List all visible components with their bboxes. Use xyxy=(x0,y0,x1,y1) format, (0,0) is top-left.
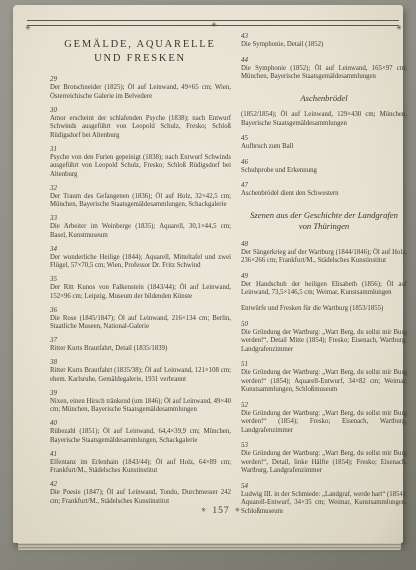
entry-number: 33 xyxy=(50,214,231,222)
entry-number: 45 xyxy=(241,134,407,142)
entry-text: Elfentanz im Erlenhain (1843/44); Öl auf… xyxy=(50,459,231,476)
catalog-entry-51: 51 Die Gründung der Wartburg: „Wart Berg… xyxy=(241,360,407,395)
catalog-entry-43: 43 Die Symphonie, Detail (1852) xyxy=(241,32,407,50)
entry-text: Der Traum des Gefangenen (1836); Öl auf … xyxy=(50,193,231,210)
rule-star-center-icon: ✳ xyxy=(211,22,217,29)
entry-number: 46 xyxy=(241,158,407,166)
entry-number: 53 xyxy=(241,441,407,449)
catalog-entry-49: 49 Der Handschuh der heiligen Elisabeth … xyxy=(241,272,407,298)
book-page-edges xyxy=(18,543,401,550)
entry-text: Psyche von den Furien gepeinigt (1838); … xyxy=(50,154,231,180)
entry-text: Die Symphonie (1852); Öl auf Leinwand, 1… xyxy=(241,65,407,82)
entry-text: Aufbruch zum Ball xyxy=(241,143,407,152)
right-column: 43 Die Symphonie, Detail (1852) 44 Die S… xyxy=(241,32,407,522)
catalog-entry-33: 33 Die Arbeiter im Weinberge (1835); Aqu… xyxy=(50,214,231,240)
entry-text: Der Sängerkrieg auf der Wartburg (1844/1… xyxy=(241,249,407,266)
entry-number: 51 xyxy=(241,360,407,368)
catalog-entry-50: 50 Die Gründung der Wartburg: „Wart Berg… xyxy=(241,320,407,355)
entry-text: (1852/1854); Öl auf Leinwand, 129×430 cm… xyxy=(241,111,407,128)
catalog-entry-31: 31 Psyche von den Furien gepeinigt (1838… xyxy=(50,145,231,180)
catalog-entry-44: 44 Die Symphonie (1852); Öl auf Leinwand… xyxy=(241,56,407,82)
entry-number: 40 xyxy=(50,419,231,427)
catalog-entry-45: 45 Aufbruch zum Ball xyxy=(241,134,407,152)
entry-number: 32 xyxy=(50,184,231,192)
entry-number: 43 xyxy=(241,32,407,40)
entry-number: 44 xyxy=(241,56,407,64)
entry-number: 48 xyxy=(241,240,407,248)
entry-text: Die Gründung der Wartburg: „Wart Berg, d… xyxy=(241,450,407,476)
page-footer: ✳157✳ xyxy=(13,506,416,516)
rule-star-left-icon: ✳ xyxy=(25,25,31,32)
catalog-entry-35: 35 Der Ritt Kunos von Falkenstein (1843/… xyxy=(50,275,231,301)
entry-text: Die Gründung der Wartburg: „Wart Berg, d… xyxy=(241,369,407,395)
entry-number: 31 xyxy=(50,145,231,153)
catalog-entry-32: 32 Der Traum des Gefangenen (1836); Öl a… xyxy=(50,184,231,210)
catalog-entry-42: 42 Die Poesie (1847); Öl auf Leinwand, T… xyxy=(50,480,231,506)
entry-number: 52 xyxy=(241,401,407,409)
entry-text: Die Gründung der Wartburg: „Wart Berg, d… xyxy=(241,410,407,436)
entry-text: Der Handschuh der heiligen Elisabeth (18… xyxy=(241,281,407,298)
entry-number: 34 xyxy=(50,245,231,253)
entry-number: 39 xyxy=(50,389,231,397)
catalog-entry-30: 30 Amor erscheint der schlafenden Psyche… xyxy=(50,106,231,141)
entry-text: Die Symphonie, Detail (1852) xyxy=(241,41,407,50)
entry-text: Die Poesie (1847); Öl auf Leinwand, Tond… xyxy=(50,489,231,506)
entry-number: 29 xyxy=(50,75,231,83)
entry-number: 38 xyxy=(50,358,231,366)
entry-number: 36 xyxy=(50,306,231,314)
entry-text: Der wunderliche Heilige (1844); Aquarell… xyxy=(50,254,231,271)
entry-text: Die Gründung der Wartburg: „Wart Berg, d… xyxy=(241,329,407,355)
left-column: GEMÄLDE, AQUARELLE UND FRESKEN 29 Der Br… xyxy=(50,38,231,511)
header-rule: ✳ ✳ ✳ xyxy=(27,20,399,26)
catalog-entry-48: 48 Der Sängerkrieg auf der Wartburg (184… xyxy=(241,240,407,266)
entry-text: Nixen, einen Hirsch tränkend (um 1846); … xyxy=(50,398,231,415)
entry-text: Ritter Kurts Brautfahrt, Detail (1835/18… xyxy=(50,345,231,354)
page-title: GEMÄLDE, AQUARELLE UND FRESKEN xyxy=(50,38,230,66)
entry-text: Schuhprobe und Erkennung xyxy=(241,167,407,176)
entry-text: Der Ritt Kunos von Falkenstein (1843/44)… xyxy=(50,284,231,301)
section-title-landgrafen: Szenen aus der Geschichte der Landgrafen… xyxy=(245,210,403,233)
book-page: ✳ ✳ ✳ GEMÄLDE, AQUARELLE UND FRESKEN 29 … xyxy=(13,5,403,543)
rule-star-right-icon: ✳ xyxy=(396,25,402,32)
entry-text: Die Arbeiter im Weinberge (1835); Aquare… xyxy=(50,223,231,240)
catalog-entry-53: 53 Die Gründung der Wartburg: „Wart Berg… xyxy=(241,441,407,476)
entry-number: 41 xyxy=(50,450,231,458)
section-intro-aschenbroedel: (1852/1854); Öl auf Leinwand, 129×430 cm… xyxy=(241,111,407,128)
catalog-entry-40: 40 Rübezahl (1851); Öl auf Leinwand, 64,… xyxy=(50,419,231,445)
photographed-book-page: { "ornaments": { "star": "✳" }, "heading… xyxy=(0,0,416,570)
entry-text: Ritter Kurts Brautfahrt (1835/38); Öl au… xyxy=(50,367,231,384)
entry-number: 30 xyxy=(50,106,231,114)
entry-number: 35 xyxy=(50,275,231,283)
entry-number: 37 xyxy=(50,336,231,344)
catalog-entry-46: 46 Schuhprobe und Erkennung xyxy=(241,158,407,176)
subsection-heading-wartburg: Entwürfe und Fresken für die Wartburg (1… xyxy=(241,304,407,313)
entry-number: 50 xyxy=(241,320,407,328)
catalog-entry-34: 34 Der wunderliche Heilige (1844); Aquar… xyxy=(50,245,231,271)
catalog-entry-38: 38 Ritter Kurts Brautfahrt (1835/38); Öl… xyxy=(50,358,231,384)
footer-star-right-icon: ✳ xyxy=(230,507,246,514)
entry-text: Amor erscheint der schlafenden Psyche (1… xyxy=(50,115,231,141)
catalog-entry-37: 37 Ritter Kurts Brautfahrt, Detail (1835… xyxy=(50,336,231,354)
catalog-entry-47: 47 Aschenbrödel dient den Schwestern xyxy=(241,181,407,199)
catalog-entry-52: 52 Die Gründung der Wartburg: „Wart Berg… xyxy=(241,401,407,436)
catalog-entry-39: 39 Nixen, einen Hirsch tränkend (um 1846… xyxy=(50,389,231,415)
entry-number: 54 xyxy=(241,482,407,490)
entry-number: 49 xyxy=(241,272,407,280)
catalog-entry-29: 29 Der Brotschneider (1825); Öl auf Lein… xyxy=(50,75,231,101)
section-title-aschenbroedel: Aschenbrödel xyxy=(245,93,403,105)
entry-text: Der Brotschneider (1825); Öl auf Leinwan… xyxy=(50,84,231,101)
entry-text: Rübezahl (1851); Öl auf Leinwand, 64,4×3… xyxy=(50,428,231,445)
entry-text: Aschenbrödel dient den Schwestern xyxy=(241,190,407,199)
entry-text: Die Rose (1845/1847); Öl auf Leinwand, 2… xyxy=(50,315,231,332)
catalog-entry-41: 41 Elfentanz im Erlenhain (1843/44); Öl … xyxy=(50,450,231,476)
entry-number: 42 xyxy=(50,480,231,488)
entry-number: 47 xyxy=(241,181,407,189)
page-number: 157 xyxy=(212,506,229,516)
footer-star-left-icon: ✳ xyxy=(196,507,212,514)
catalog-entry-36: 36 Die Rose (1845/1847); Öl auf Leinwand… xyxy=(50,306,231,332)
